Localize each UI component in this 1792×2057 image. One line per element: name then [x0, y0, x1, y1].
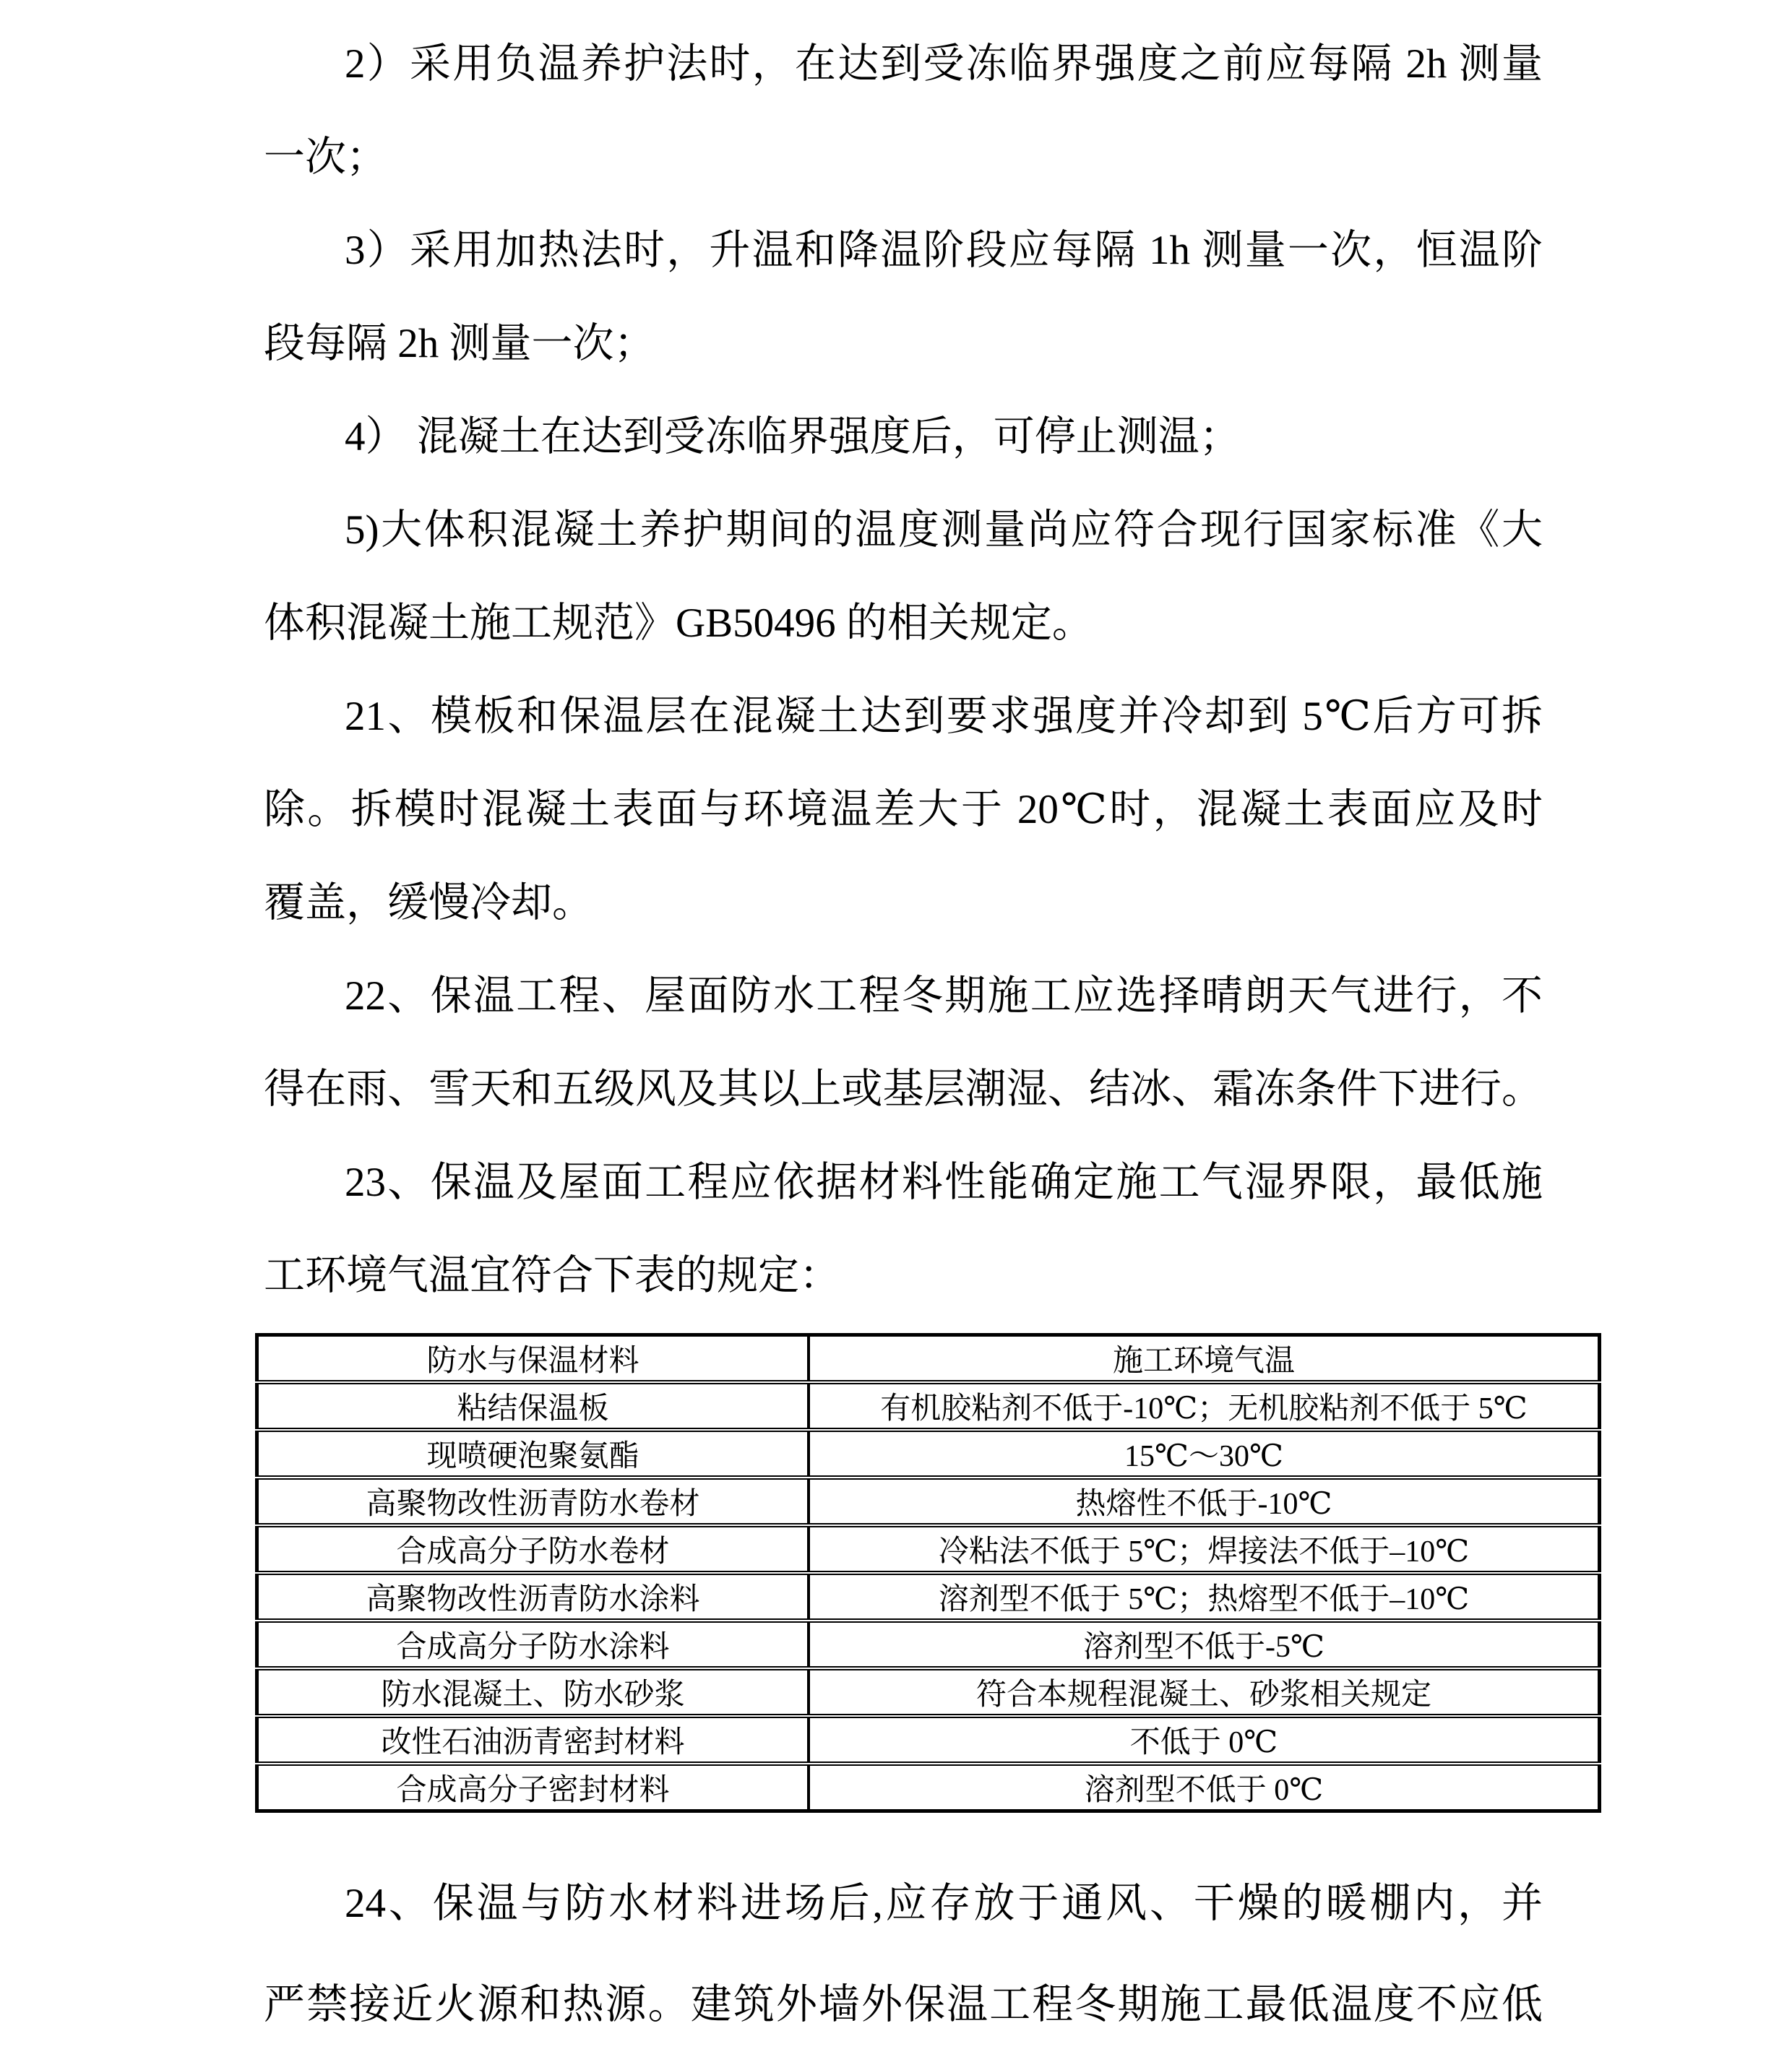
table-cell-temp: 热熔性不低于-10℃	[809, 1478, 1600, 1525]
paragraph-line: 得在雨、雪天和五级风及其以上或基层潮湿、结冰、霜冻条件下进行。	[264, 1043, 1543, 1136]
table-row: 高聚物改性沥青防水卷材 热熔性不低于-10℃	[257, 1478, 1600, 1525]
table-cell-temp: 冷粘法不低于 5℃；焊接法不低于–10℃	[809, 1525, 1600, 1573]
document-text-block: 2）采用负温养护法时，在达到受冻临界强度之前应每隔 2h 测量 一次； 3）采用…	[264, 17, 1543, 2056]
table-row: 合成高分子防水卷材 冷粘法不低于 5℃；焊接法不低于–10℃	[257, 1525, 1600, 1573]
document-page: 2）采用负温养护法时，在达到受冻临界强度之前应每隔 2h 测量 一次； 3）采用…	[0, 0, 1792, 2057]
paragraph-line: 5)大体积混凝土养护期间的温度测量尚应符合现行国家标准《大	[264, 483, 1543, 577]
table-cell-temp: 溶剂型不低于 0℃	[809, 1764, 1600, 1811]
table-header-material: 防水与保温材料	[257, 1335, 809, 1383]
paragraph-line: 23、保温及屋面工程应依据材料性能确定施工气湿界限，最低施	[264, 1136, 1543, 1229]
table-row: 合成高分子密封材料 溶剂型不低于 0℃	[257, 1764, 1600, 1811]
table-row: 粘结保温板 有机胶粘剂不低于-10℃；无机胶粘剂不低于 5℃	[257, 1382, 1600, 1430]
table-cell-temp: 溶剂型不低于-5℃	[809, 1621, 1600, 1668]
table-header-temp: 施工环境气温	[809, 1335, 1600, 1383]
paragraph-line: 段每隔 2h 测量一次；	[264, 297, 1543, 390]
table-cell-temp: 15℃～30℃	[809, 1430, 1600, 1478]
paragraph-line: 22、保温工程、屋面防水工程冬期施工应选择晴朗天气进行，不	[264, 949, 1543, 1043]
paragraph-line: 体积混凝土施工规范》GB50496 的相关规定。	[264, 577, 1543, 670]
paragraph-line: 除。拆模时混凝土表面与环境温差大于 20℃时，混凝土表面应及时	[264, 763, 1543, 856]
paragraph-line: 一次；	[264, 111, 1543, 204]
paragraph-line: 2）采用负温养护法时，在达到受冻临界强度之前应每隔 2h 测量	[264, 17, 1543, 111]
table-cell-material: 高聚物改性沥青防水卷材	[257, 1478, 809, 1525]
table-cell-temp: 有机胶粘剂不低于-10℃；无机胶粘剂不低于 5℃	[809, 1382, 1600, 1430]
table-row: 合成高分子防水涂料 溶剂型不低于-5℃	[257, 1621, 1600, 1668]
paragraph-line: 24、保温与防水材料进场后,应存放于通风、干燥的暖棚内，并	[264, 1853, 1543, 1954]
paragraph-line: 工环境气温宜符合下表的规定：	[264, 1229, 1543, 1322]
paragraph-line: 21、模板和保温层在混凝土达到要求强度并冷却到 5℃后方可拆	[264, 670, 1543, 763]
table-cell-material: 防水混凝土、防水砂浆	[257, 1668, 809, 1716]
table-row: 改性石油沥青密封材料 不低于 0℃	[257, 1716, 1600, 1764]
paragraph-line: 覆盖，缓慢冷却。	[264, 856, 1543, 949]
temperature-limits-table: 防水与保温材料 施工环境气温 粘结保温板 有机胶粘剂不低于-10℃；无机胶粘剂不…	[255, 1333, 1601, 1813]
paragraph-line: 3）采用加热法时，升温和降温阶段应每隔 1h 测量一次，恒温阶	[264, 204, 1543, 297]
table-header-row: 防水与保温材料 施工环境气温	[257, 1335, 1600, 1383]
table-cell-temp: 溶剂型不低于 5℃；热熔型不低于–10℃	[809, 1573, 1600, 1621]
table-cell-temp: 不低于 0℃	[809, 1716, 1600, 1764]
paragraph-line: 4） 混凝土在达到受冻临界强度后，可停止测温；	[264, 390, 1543, 483]
table-cell-material: 合成高分子防水卷材	[257, 1525, 809, 1573]
table-row: 防水混凝土、防水砂浆 符合本规程混凝土、砂浆相关规定	[257, 1668, 1600, 1716]
table-cell-material: 改性石油沥青密封材料	[257, 1716, 809, 1764]
table-cell-material: 合成高分子防水涂料	[257, 1621, 809, 1668]
table-row: 高聚物改性沥青防水涂料 溶剂型不低于 5℃；热熔型不低于–10℃	[257, 1573, 1600, 1621]
table-cell-temp: 符合本规程混凝土、砂浆相关规定	[809, 1668, 1600, 1716]
table-cell-material: 粘结保温板	[257, 1382, 809, 1430]
table-cell-material: 高聚物改性沥青防水涂料	[257, 1573, 809, 1621]
table-row: 现喷硬泡聚氨酯 15℃～30℃	[257, 1430, 1600, 1478]
table-cell-material: 合成高分子密封材料	[257, 1764, 809, 1811]
paragraph-line: 严禁接近火源和热源。建筑外墙外保温工程冬期施工最低温度不应低	[264, 1954, 1543, 2056]
table-cell-material: 现喷硬泡聚氨酯	[257, 1430, 809, 1478]
